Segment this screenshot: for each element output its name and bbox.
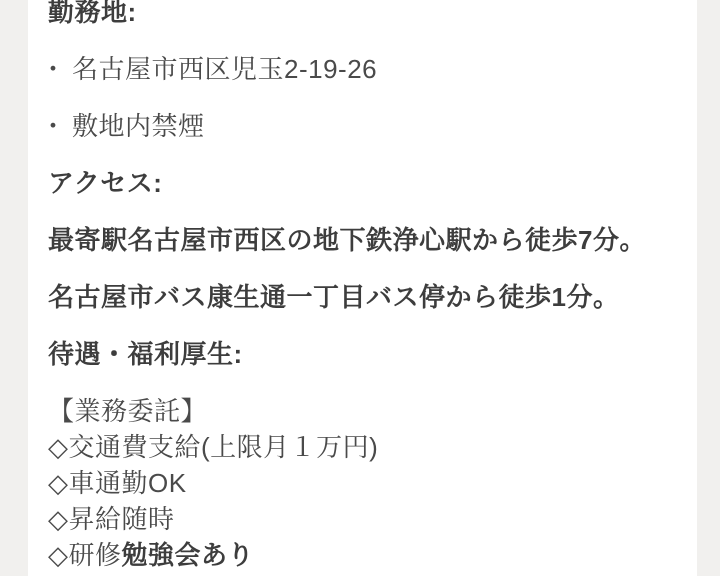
- bullet-dot-icon: ・: [40, 51, 72, 87]
- benefits-heading: 待遇・福利厚生:: [48, 336, 673, 372]
- bullet-dot-icon: ・: [40, 108, 72, 144]
- benefits-list: 【業務委託】 ◇交通費支給(上限月１万円) ◇車通勤OK ◇昇給随時 ◇研修勉強…: [48, 393, 673, 573]
- work-location-address: 名古屋市西区児玉2-19-26: [72, 51, 377, 87]
- benefit-item-commute-allowance: ◇交通費支給(上限月１万円): [48, 432, 378, 462]
- benefit-item-training-bold: 勉強会あり: [122, 540, 255, 570]
- access-subway-line: 最寄駅名古屋市西区の地下鉄浄心駅から徒歩7分。: [48, 222, 673, 258]
- access-heading: アクセス:: [48, 165, 673, 201]
- benefit-item-raise: ◇昇給随時: [48, 504, 175, 534]
- work-location-item: ・ 名古屋市西区児玉2-19-26: [48, 51, 673, 87]
- work-location-heading: 勤務地:: [48, 0, 673, 30]
- page-background: 勤務地: ・ 名古屋市西区児玉2-19-26 ・ 敷地内禁煙 アクセス: 最寄駅…: [0, 0, 720, 576]
- work-location-no-smoking: 敷地内禁煙: [72, 108, 205, 144]
- job-description-text: 勤務地: ・ 名古屋市西区児玉2-19-26 ・ 敷地内禁煙 アクセス: 最寄駅…: [48, 0, 673, 573]
- access-bus-line: 名古屋市バス康生通一丁目バス停から徒歩1分。: [48, 279, 673, 315]
- job-description-card: 勤務地: ・ 名古屋市西区児玉2-19-26 ・ 敷地内禁煙 アクセス: 最寄駅…: [28, 0, 697, 576]
- contract-type-label: 【業務委託】: [48, 396, 207, 426]
- benefit-item-car-commute: ◇車通勤OK: [48, 468, 187, 498]
- work-location-item: ・ 敷地内禁煙: [48, 108, 673, 144]
- benefit-item-training: ◇研修: [48, 540, 122, 570]
